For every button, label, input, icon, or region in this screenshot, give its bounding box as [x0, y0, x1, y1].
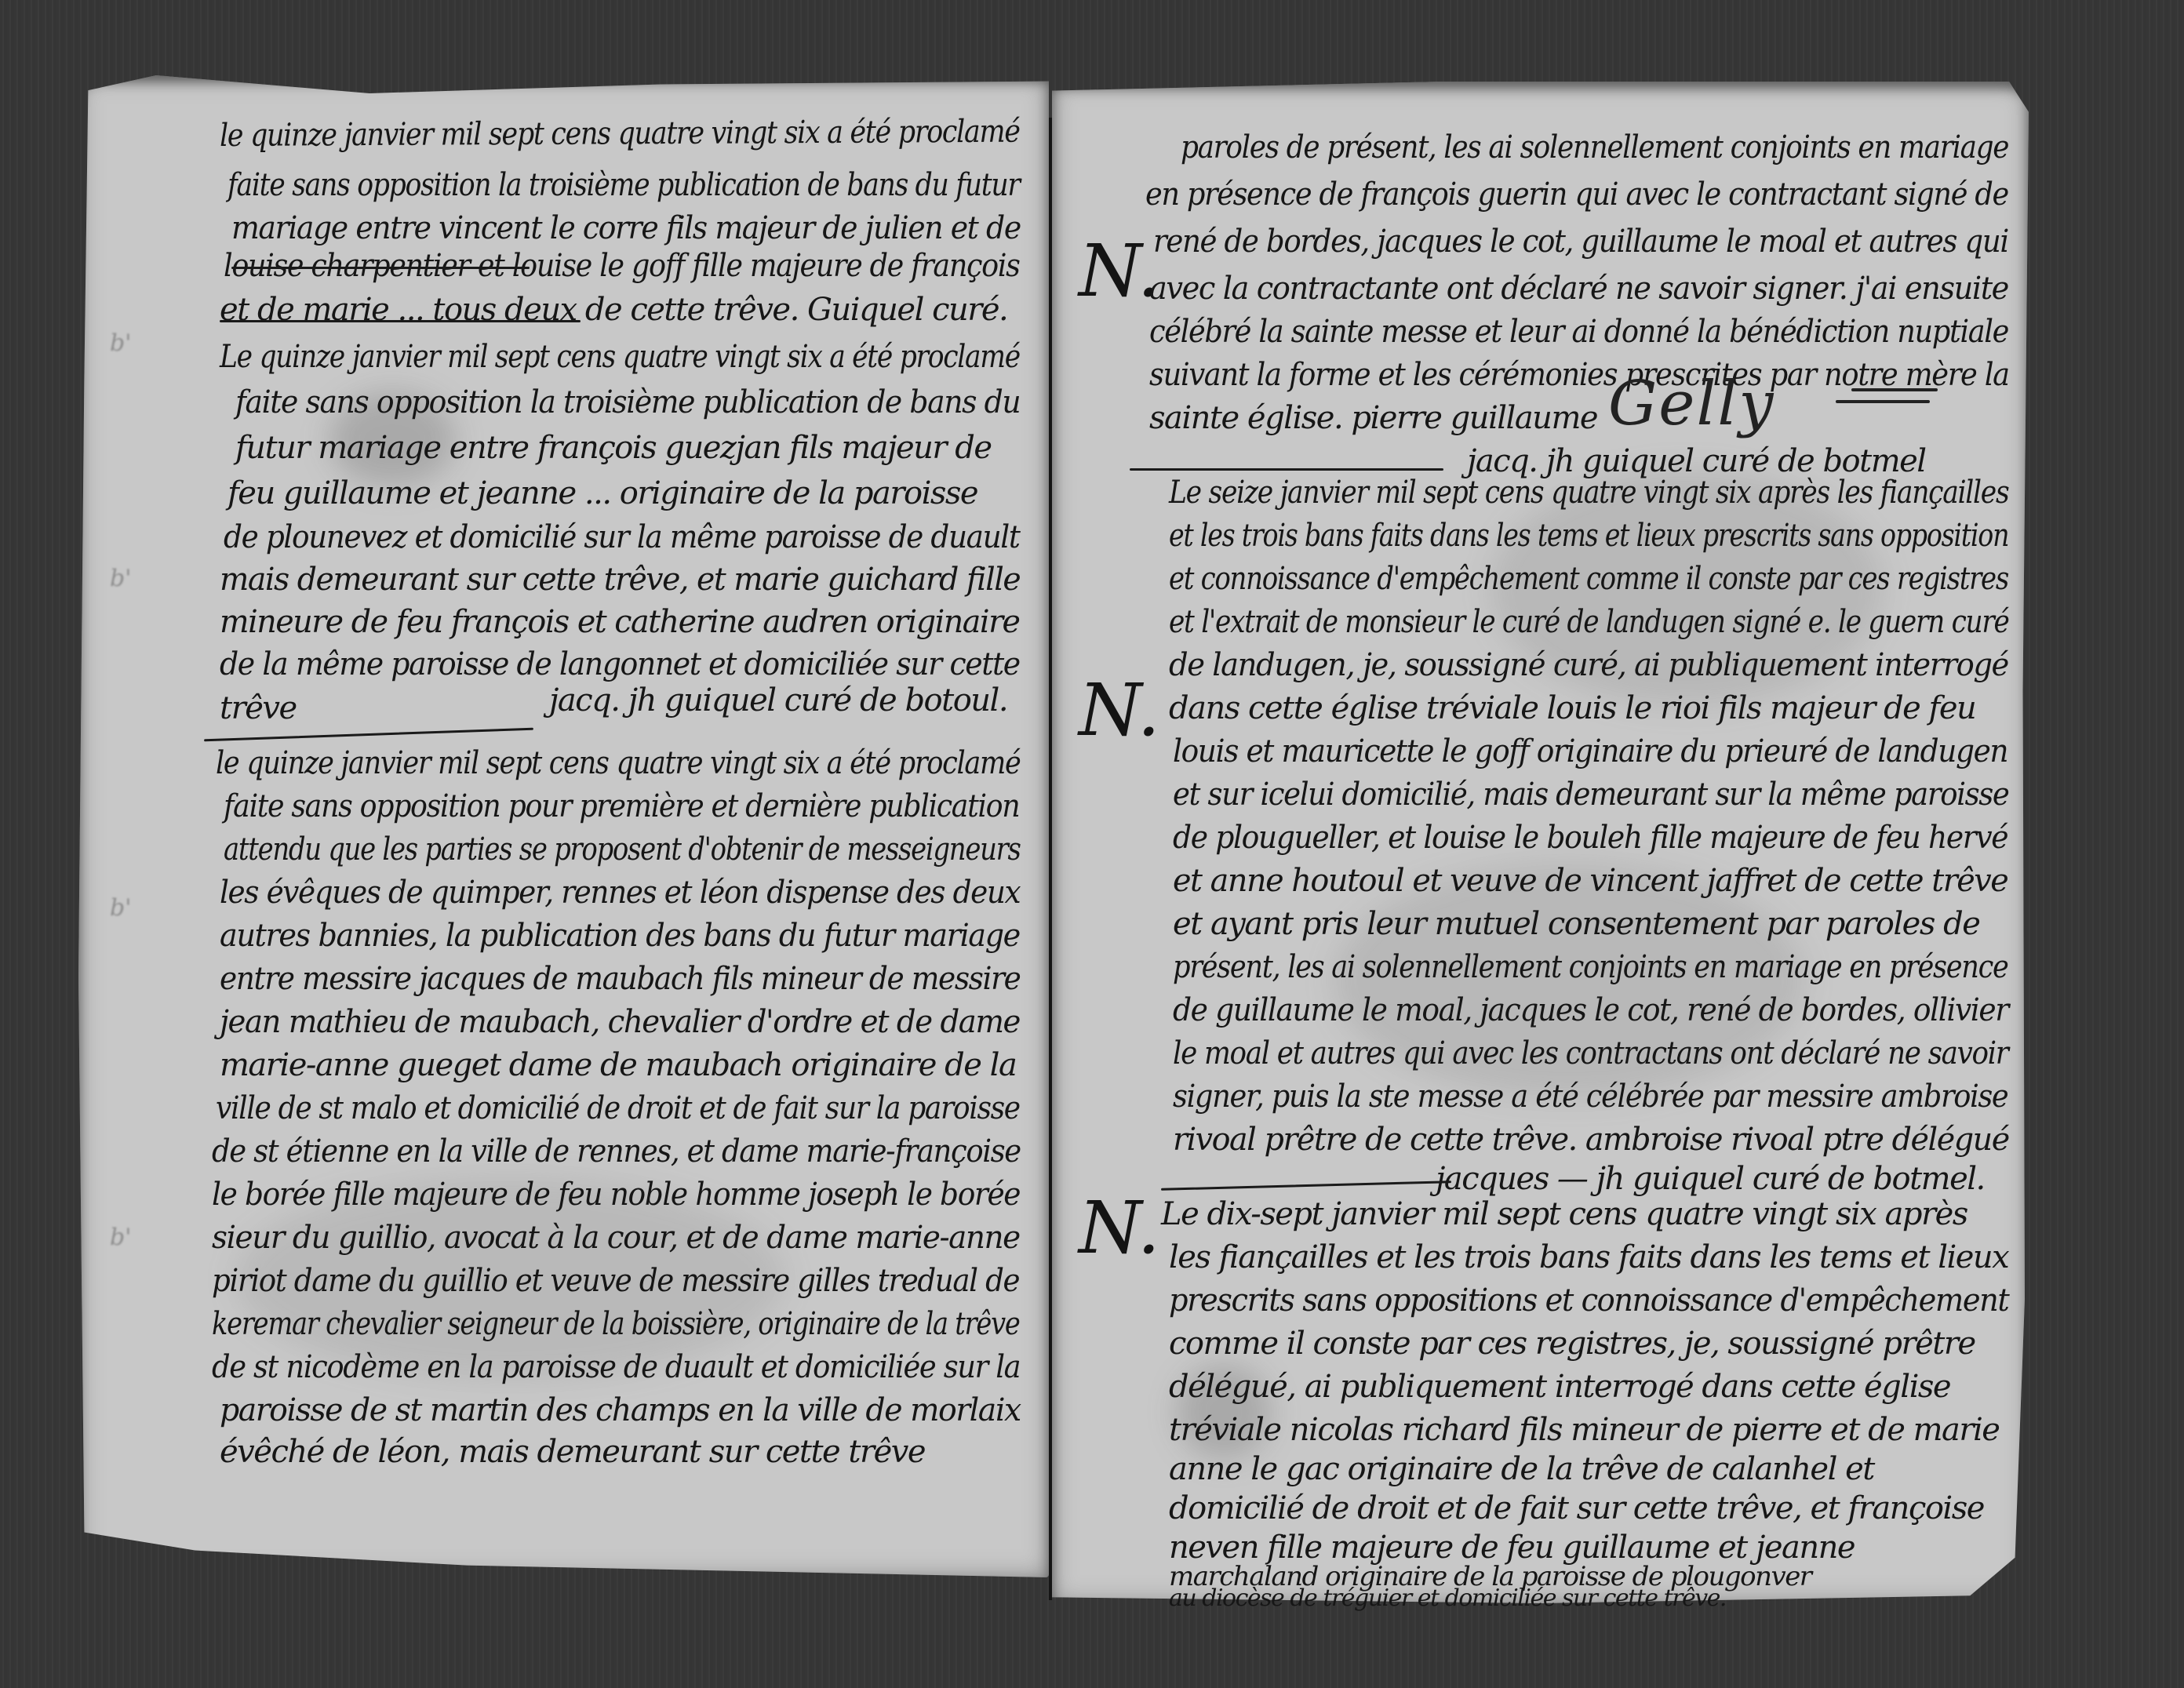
text-line: Le seize janvier mil sept cens quatre vi…	[1169, 475, 2008, 511]
text-line: au diocèse de tréguier et domiciliée sur…	[1169, 1584, 1726, 1612]
text-line: sieur du guillio, avocat à la cour, et d…	[212, 1220, 1020, 1256]
text-line: et l'extrait de monsieur le curé de land…	[1169, 604, 2009, 640]
entry-separator	[1130, 468, 1443, 471]
text-line: dans cette église tréviale louis le rioi…	[1169, 690, 1975, 726]
curate-signature: jacq. jh guiquel curé de botoul.	[549, 682, 1007, 718]
text-line: célébré la sainte messe et leur ai donné…	[1149, 314, 2008, 350]
text-line: rivoal prêtre de cette trêve. ambroise r…	[1173, 1122, 2009, 1158]
text-line: faite sans opposition pour première et d…	[224, 788, 1019, 824]
signature-flourish	[1836, 400, 1930, 403]
curate-signature: jacques — jh guiquel curé de botmel.	[1436, 1161, 1985, 1197]
text-line: louise charpentier et louise le goff fil…	[224, 248, 1019, 284]
margin-mark-n: N.	[1079, 675, 1160, 747]
text-line: de guillaume le moal, jacques le cot, re…	[1173, 992, 2008, 1028]
text-line: et connoissance d'empêchement comme il c…	[1169, 561, 2008, 597]
text-line: attendu que les parties se proposent d'o…	[224, 831, 1021, 868]
text-line: faite sans opposition la troisième publi…	[227, 167, 1020, 203]
signature-gelly: Gelly	[1608, 369, 1774, 439]
text-line: le quinze janvier mil sept cens quatre v…	[220, 114, 1020, 154]
text-line: de landugen, je, soussigné curé, ai publ…	[1169, 647, 2008, 683]
text-line: et anne houtoul et veuve de vincent jaff…	[1173, 863, 2007, 899]
text-line: entre messire jacques de maubach fils mi…	[220, 961, 1020, 997]
text-line: et les trois bans faits dans les tems et…	[1169, 518, 2008, 554]
text-line: keremar chevalier seigneur de la boissiè…	[212, 1306, 1020, 1342]
text-line: de la même paroisse de langonnet et domi…	[220, 646, 1020, 682]
margin-note: b'	[110, 329, 131, 357]
margin-mark-n: N.	[1079, 235, 1160, 307]
underline	[231, 267, 530, 269]
text-line: présent, les ai solennellement conjoints…	[1173, 949, 2007, 985]
text-line: ville de st malo et domicilié de droit e…	[216, 1090, 1020, 1126]
text-line: et ayant pris leur mutuel consentement p…	[1173, 906, 1979, 942]
text-line: avec la contractante ont déclaré ne savo…	[1149, 271, 2008, 307]
text-line: Le quinze janvier mil sept cens quatre v…	[220, 339, 1020, 375]
text-line: sainte église. pierre guillaume	[1149, 400, 1597, 436]
margin-note: b'	[110, 894, 131, 922]
text-line: trêve	[220, 690, 297, 726]
text-line: paroles de présent, les ai solennellemen…	[1181, 129, 2008, 166]
text-line: de st nicodème en la paroisse de duault …	[212, 1349, 1020, 1385]
text-line: de plounevez et domicilié sur la même pa…	[224, 519, 1020, 555]
text-line: en présence de françois guerin qui avec …	[1145, 176, 2008, 213]
text-line: délégué, ai publiquement interrogé dans …	[1169, 1369, 1950, 1405]
text-line: marie-anne gueget dame de maubach origin…	[220, 1047, 1016, 1083]
text-line: mais demeurant sur cette trêve, et marie…	[220, 562, 1020, 598]
text-line: domicilié de droit et de fait sur cette …	[1169, 1490, 1984, 1526]
text-line: signer, puis la ste messe a été célébrée…	[1173, 1079, 2007, 1115]
text-line: Le dix-sept janvier mil sept cens quatre…	[1161, 1196, 1967, 1232]
text-line: les évêques de quimper, rennes et léon d…	[220, 875, 1020, 911]
text-line: le moal et autres qui avec les contracta…	[1173, 1035, 2008, 1071]
text-line: piriot dame du guillio et veuve de messi…	[212, 1263, 1019, 1299]
text-line: de plougueller, et louise le bouleh fill…	[1173, 820, 2007, 856]
entry-separator	[220, 320, 581, 322]
text-line: comme il conste par ces registres, je, s…	[1169, 1326, 1975, 1362]
margin-mark-n: N.	[1079, 1192, 1160, 1264]
margin-note: b'	[110, 565, 131, 592]
text-line: paroisse de st martin des champs en la v…	[220, 1392, 1021, 1428]
text-line: mineure de feu françois et catherine aud…	[220, 604, 1019, 640]
margin-note: b'	[110, 1224, 131, 1251]
page-gutter	[1049, 118, 1052, 1600]
text-line: autres bannies, la publication des bans …	[220, 918, 1020, 954]
signature-flourish	[1851, 388, 1938, 391]
text-line: mariage entre vincent le corre fils maje…	[231, 210, 1021, 246]
text-line: les fiançailles et les trois bans faits …	[1169, 1239, 2008, 1275]
text-line: prescrits sans oppositions et connoissan…	[1169, 1282, 2008, 1319]
text-line: évêché de léon, mais demeurant sur cette…	[220, 1434, 925, 1470]
text-line: futur mariage entre françois guezjan fil…	[235, 430, 992, 466]
text-line: le quinze janvier mil sept cens quatre v…	[216, 745, 1020, 781]
text-line: jean mathieu de maubach, chevalier d'ord…	[220, 1004, 1020, 1040]
text-line: feu guillaume et jeanne ... originaire d…	[227, 475, 977, 511]
text-line: tréviale nicolas richard fils mineur de …	[1169, 1412, 1999, 1448]
text-line: anne le gac originaire de la trêve de ca…	[1169, 1451, 1874, 1487]
text-line: et de marie ... tous deux de cette trêve…	[220, 292, 1007, 328]
text-line: le borée fille majeure de feu noble homm…	[212, 1177, 1020, 1213]
text-line: rené de bordes, jacques le cot, guillaum…	[1153, 224, 2008, 260]
text-line: louis et mauricette le goff originaire d…	[1173, 733, 2007, 769]
text-line: de st étienne en la ville de rennes, et …	[212, 1133, 1021, 1170]
text-line: faite sans opposition la troisième publi…	[235, 384, 1020, 420]
text-line: et sur icelui domicilié, mais demeurant …	[1173, 777, 2008, 813]
